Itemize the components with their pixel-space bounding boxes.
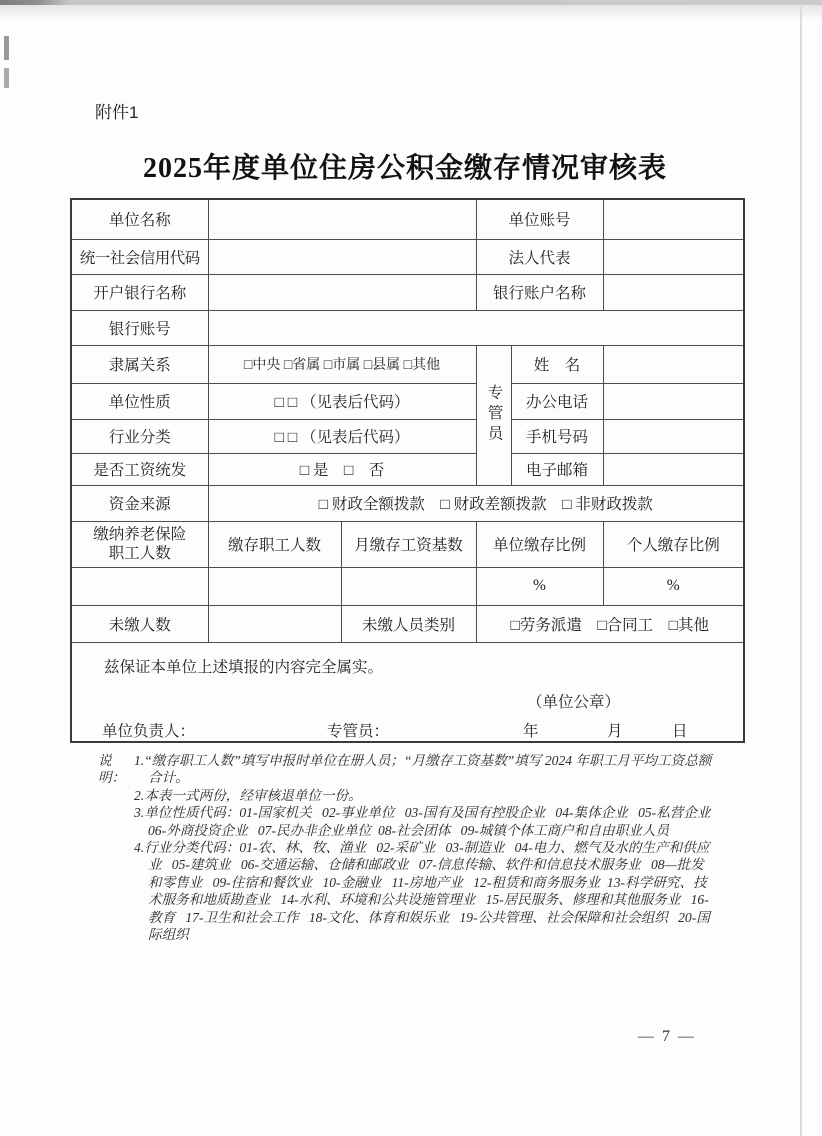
office-phone-value-cell [603,383,744,419]
industry-code-boxes: □ □ （见表后代码） [208,419,476,453]
bank-account-name-label: 银行账户名称 [476,274,603,310]
pension-count-value-cell [71,567,208,605]
email-value-cell [603,453,744,485]
note-item-4: 4.行业分类代码：01-农、林、牧、渔业 02-采矿业 03-制造业 04-电力… [134,839,716,943]
unit-nature-code-boxes: □ □ （见表后代码） [208,383,476,419]
date-month-label: 月 [607,719,623,741]
affiliation-label: 隶属关系 [71,345,208,383]
bank-account-value-cell [208,310,744,345]
attachment-label: 附件1 [95,98,138,123]
salary-unified-options: □ 是 □ 否 [208,453,476,485]
scan-shadow-top [0,5,822,21]
date-year-label: 年 [523,719,539,741]
admin-section-label: 专管员 [476,345,511,485]
deposit-count-header: 缴存职工人数 [208,521,341,567]
credit-code-label: 统一社会信用代码 [71,239,208,274]
note-item-2: 2.本表一式两份，经审核退单位一份。 [134,787,716,804]
admin-signature-label: 专管员： [327,719,389,741]
legal-rep-label: 法人代表 [476,239,603,274]
note-item-3: 3.单位性质代码：01-国家机关 02-事业单位 03-国有及国有控股企业 04… [134,804,716,839]
admin-vertical-text: 专管员 [483,384,505,446]
funding-label: 资金来源 [71,485,208,521]
unpaid-count-value-cell [208,605,341,642]
guarantee-statement: 兹保证本单位上述填报的内容完全属实。 [104,655,383,677]
bank-name-value-cell [208,274,476,310]
funding-options: □ 财政全额拨款 □ 财政差额拨款 □ 非财政拨款 [208,485,744,521]
unit-name-label: 单位名称 [71,199,208,239]
unit-seal-label: （单位公章） [527,690,620,712]
bank-account-label: 银行账号 [71,310,208,345]
mobile-label: 手机号码 [511,419,603,453]
scan-mark-left [4,36,9,60]
page-title: 2025年度单位住房公积金缴存情况审核表 [0,146,810,186]
notes-prefix: 说明： [98,752,134,943]
page-number: — 7 — [638,1028,696,1046]
mobile-value-cell [603,419,744,453]
unit-name-value-cell [208,199,476,239]
scan-mark-left [4,68,9,88]
date-day-label: 日 [672,719,688,741]
provident-fund-review-form: 单位名称 单位账号 统一社会信用代码 法人代表 开户银行名称 银行账户名称 银行… [70,198,745,743]
bank-name-label: 开户银行名称 [71,274,208,310]
unit-ratio-percent: % [476,567,603,605]
unpaid-count-label: 未缴人数 [71,605,208,642]
note-item-1: 1.“缴存职工人数”填写申报时单位在册人员；“月缴存工资基数”填写 2024 年… [134,752,716,787]
unit-ratio-header: 单位缴存比例 [476,521,603,567]
unpaid-category-options: □劳务派遣 □合同工 □其他 [476,605,744,642]
unit-account-value-cell [603,199,744,239]
unit-nature-label: 单位性质 [71,383,208,419]
monthly-base-value-cell [341,567,476,605]
industry-label: 行业分类 [71,419,208,453]
salary-unified-label: 是否工资统发 [71,453,208,485]
responsible-person-label: 单位负责人： [102,719,195,741]
office-phone-label: 办公电话 [511,383,603,419]
notes-section: 说明： 1.“缴存职工人数”填写申报时单位在册人员；“月缴存工资基数”填写 20… [98,752,716,943]
unpaid-category-label: 未缴人员类别 [341,605,476,642]
pension-count-header: 缴纳养老保险 职工人数 [71,521,208,567]
admin-name-label: 姓 名 [511,345,603,383]
credit-code-value-cell [208,239,476,274]
bank-account-name-value-cell [603,274,744,310]
affiliation-options: □中央 □省属 □市属 □县属 □其他 [208,345,476,383]
unit-account-label: 单位账号 [476,199,603,239]
deposit-count-value-cell [208,567,341,605]
personal-ratio-percent: % [603,567,744,605]
personal-ratio-header: 个人缴存比例 [603,521,744,567]
admin-name-value-cell [603,345,744,383]
guarantee-section: 兹保证本单位上述填报的内容完全属实。 （单位公章） 单位负责人： 专管员： 年 … [71,642,744,742]
email-label: 电子邮箱 [511,453,603,485]
monthly-base-header: 月缴存工资基数 [341,521,476,567]
legal-rep-value-cell [603,239,744,274]
